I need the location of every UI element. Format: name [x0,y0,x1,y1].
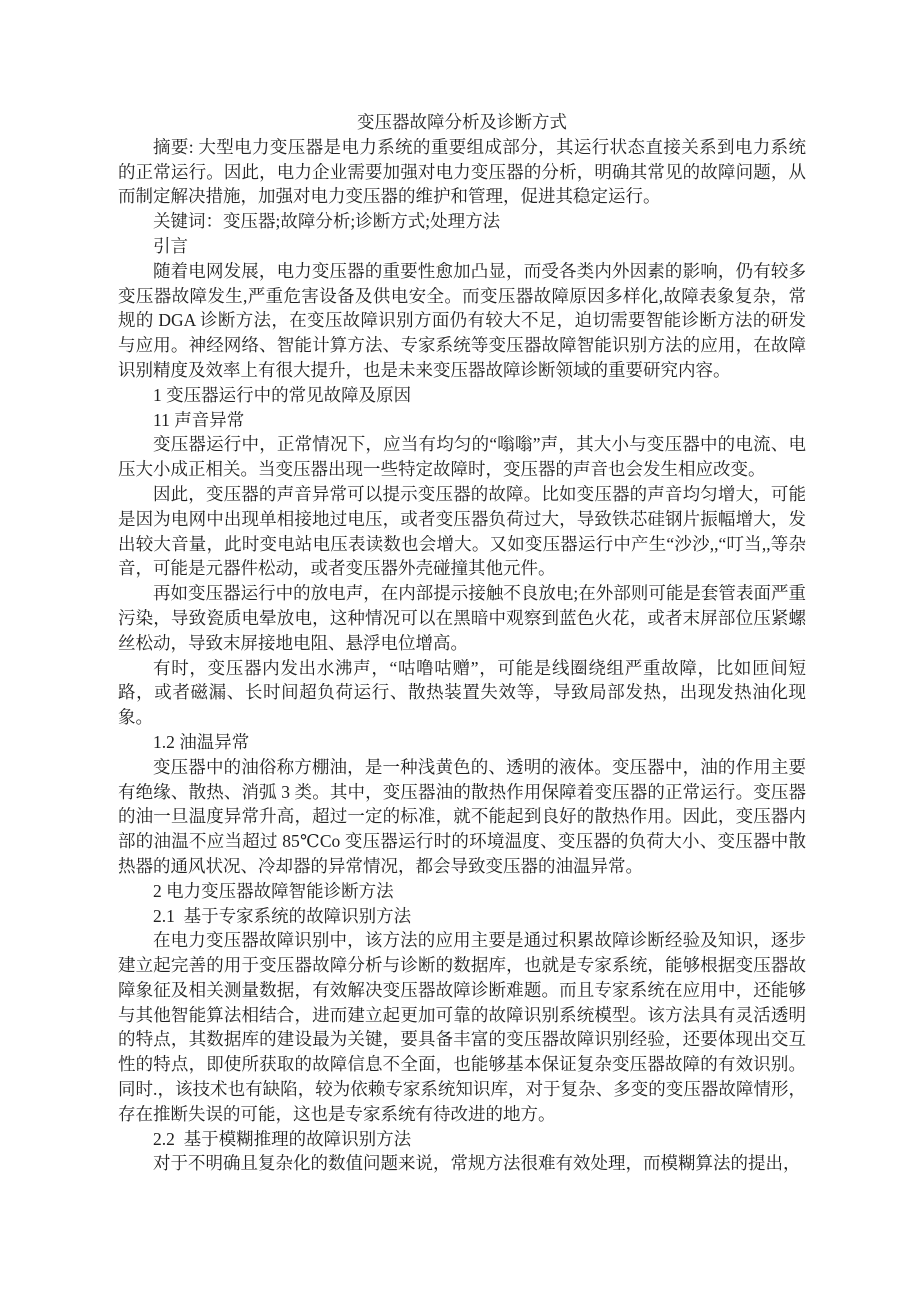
document-content: 变压器故障分析及诊断方式 摘要: 大型电力变压器是电力系统的重要组成部分，其运行… [118,110,806,1176]
paragraph: 在电力变压器故障识别中，该方法的应用主要是通过积累故障诊断经验及知识，逐步建立起… [118,928,806,1126]
paragraph-list: 摘要: 大型电力变压器是电力系统的重要组成部分，其运行状态直接关系到电力系统的正… [118,135,806,1176]
paragraph: 随着电网发展，电力变压器的重要性愈加凸显，而受各类内外因素的影响，仍有较多变压器… [118,259,806,383]
paragraph: 摘要: 大型电力变压器是电力系统的重要组成部分，其运行状态直接关系到电力系统的正… [118,135,806,209]
paragraph: 关键词：变压器;故障分析;诊断方式;处理方法 [118,209,806,234]
section-heading: 2.1 基于专家系统的故障识别方法 [118,904,806,929]
document-page: 变压器故障分析及诊断方式 摘要: 大型电力变压器是电力系统的重要组成部分，其运行… [0,0,920,1301]
section-heading: 1.2 油温异常 [118,730,806,755]
document-title: 变压器故障分析及诊断方式 [118,110,806,135]
section-heading: 1 变压器运行中的常见故障及原因 [118,383,806,408]
section-heading: 引言 [118,234,806,259]
section-heading: 2.2 基于模糊推理的故障识别方法 [118,1127,806,1152]
paragraph: 因此，变压器的声音异常可以提示变压器的故障。比如变压器的声音均匀增大，可能是因为… [118,482,806,581]
paragraph: 变压器运行中，正常情况下，应当有均匀的“嗡嗡”声，其大小与变压器中的电流、电压大… [118,432,806,482]
paragraph: 变压器中的油俗称方棚油，是一种浅黄色的、透明的液体。变压器中，油的作用主要有绝缘… [118,755,806,879]
paragraph: 有时，变压器内发出水沸声，“咕噜咕赠”，可能是线圈绕组严重故障，比如匝间短路，或… [118,656,806,730]
section-heading: 11 声音异常 [118,408,806,433]
paragraph: 再如变压器运行中的放电声，在内部提示接触不良放电;在外部则可能是套管表面严重污染… [118,581,806,655]
paragraph: 对于不明确且复杂化的数值问题来说，常规方法很难有效处理，而模糊算法的提出， [118,1151,806,1176]
section-heading: 2 电力变压器故障智能诊断方法 [118,879,806,904]
